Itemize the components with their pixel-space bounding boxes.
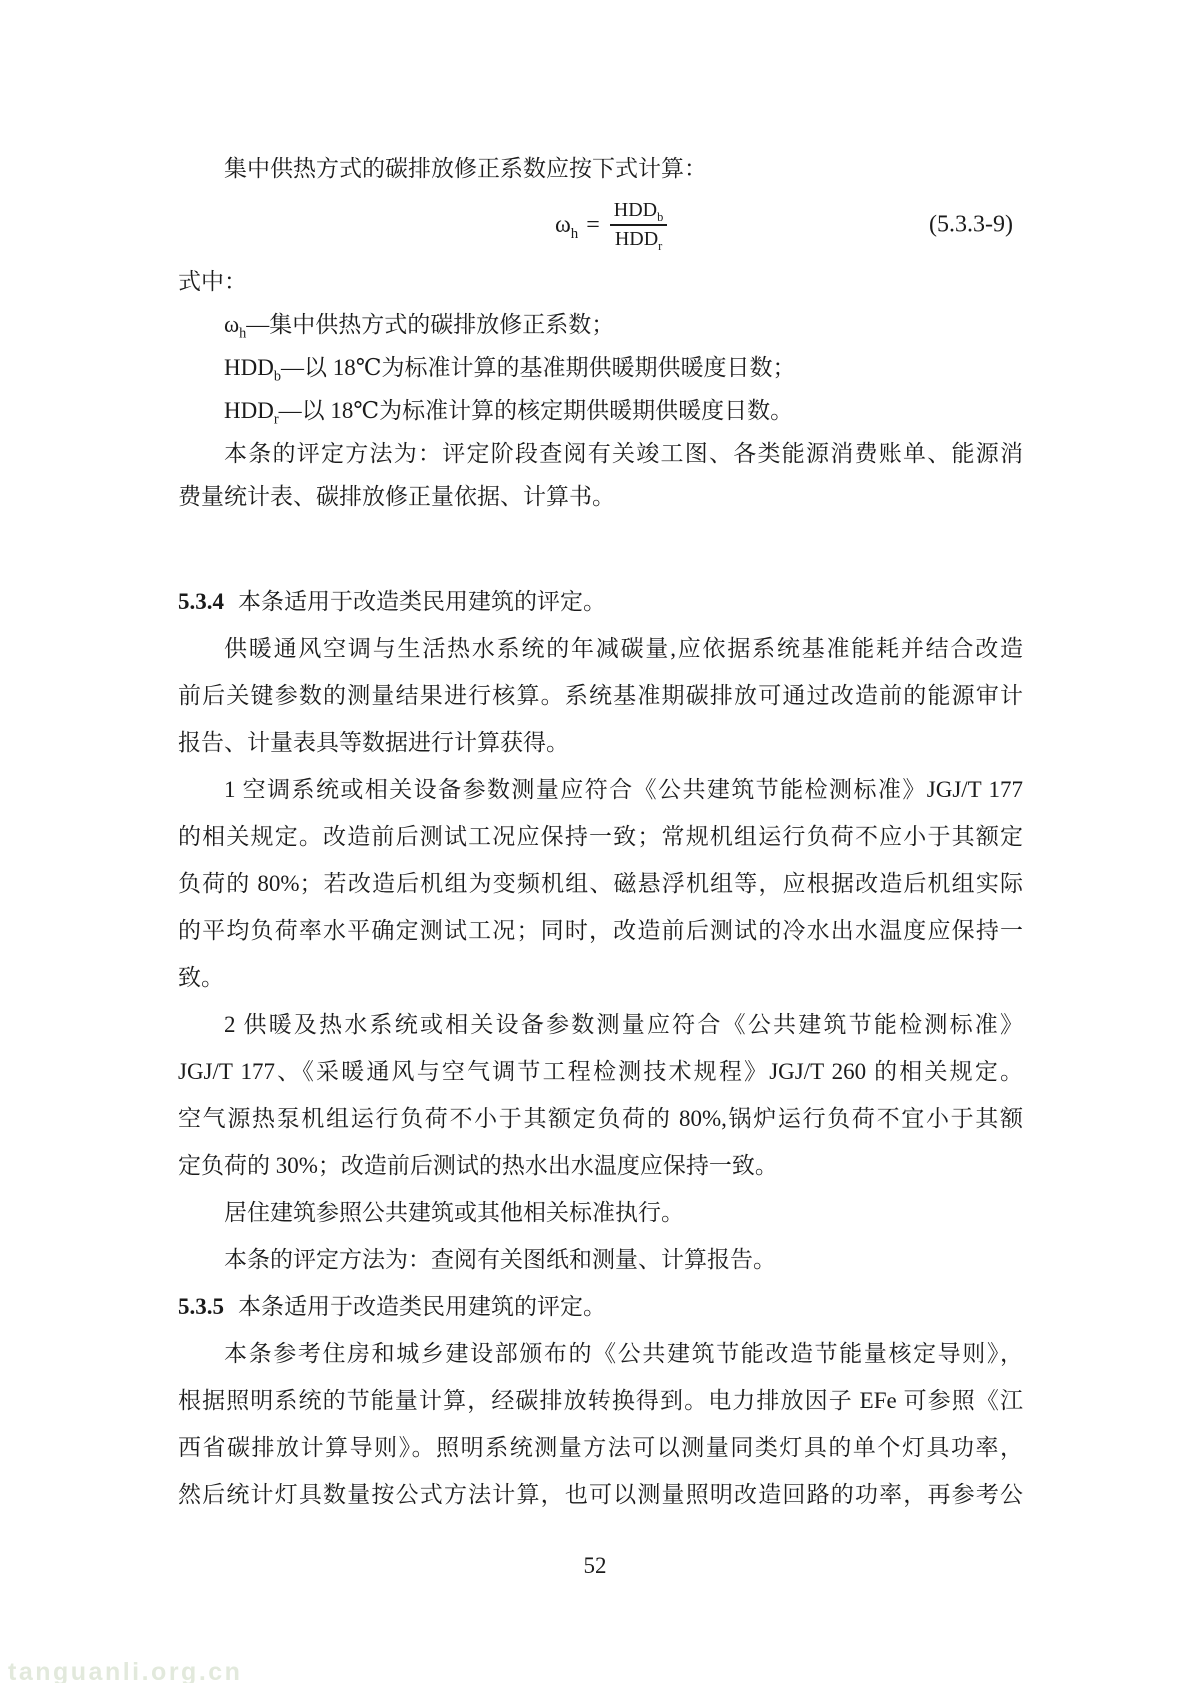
line-text: 2 供暖及热水系统或相关设备参数测量应符合《公共建筑节能检测标准》: [224, 1012, 1023, 1037]
item-1-line: 1 空调系统或相关设备参数测量应符合《公共建筑节能检测标准》JGJ/T 177: [178, 766, 1023, 813]
line-text: HDD: [224, 355, 274, 380]
section-number: 5.3.5: [178, 1294, 224, 1319]
line-text: 的相关规定。改造前后测试工况应保持一致；常规机组运行负荷不应小于其额定: [178, 824, 1023, 849]
line-text: 定负荷的 30%；改造前后测试的热水出水温度应保持一致。: [178, 1153, 778, 1178]
document-page: 集中供热方式的碳排放修正系数应按下式计算： ωh = HDDb HDDr (5.…: [0, 0, 1190, 1683]
equals-sign: =: [586, 212, 600, 239]
clause-5-3-4-line: 供暖通风空调与生活热水系统的年减碳量,应依据系统基准能耗并结合改造: [178, 625, 1023, 672]
evaluation-method-line: 本条的评定方法为：评定阶段查阅有关竣工图、各类能源消费账单、能源消: [178, 432, 1023, 475]
line-text: 负荷的 80%；若改造后机组为变频机组、磁悬浮机组等，应根据改造后机组实际: [178, 871, 1023, 896]
evaluation-method-line: 费量统计表、碳排放修正量依据、计算书。: [178, 475, 1023, 518]
clause-5-3-5-line: 然后统计灯具数量按公式方法计算，也可以测量照明改造回路的功率，再参考公: [178, 1471, 1023, 1518]
item-2-line: 2 供暖及热水系统或相关设备参数测量应符合《公共建筑节能检测标准》: [178, 1001, 1023, 1048]
line-text: ω: [224, 312, 239, 337]
line-text: —以 18℃为标准计算的核定期供暖期供暖度日数。: [279, 398, 793, 423]
clause-5-3-5-line: 本条参考住房和城乡建设部颁布的《公共建筑节能改造节能量核定导则》，: [178, 1330, 1023, 1377]
section-heading-text: 本条适用于改造类民用建筑的评定。: [238, 1294, 606, 1319]
fraction-numerator: HDDb: [610, 198, 668, 226]
item-2-line: 空气源热泵机组运行负荷不小于其额定负荷的 80%,锅炉运行负荷不宜小于其额: [178, 1095, 1023, 1142]
sections-block: 5.3.4本条适用于改造类民用建筑的评定。供暖通风空调与生活热水系统的年减碳量,…: [178, 578, 1023, 1518]
line-text: 居住建筑参照公共建筑或其他相关标准执行。: [224, 1200, 684, 1225]
section-heading-text: 本条适用于改造类民用建筑的评定。: [238, 589, 606, 614]
line-text: 本条参考住房和城乡建设部颁布的《公共建筑节能改造节能量核定导则》，: [224, 1341, 1023, 1366]
item-1-line: 的平均负荷率水平确定测试工况；同时，改造前后测试的冷水出水温度应保持一: [178, 907, 1023, 954]
line-text: HDD: [224, 398, 274, 423]
item-2-line: JGJ/T 177、《采暖通风与空气调节工程检测技术规程》JGJ/T 260 的…: [178, 1048, 1023, 1095]
formula-row: ωh = HDDb HDDr (5.3.3-9): [178, 190, 1023, 260]
fraction-denominator: HDDr: [610, 226, 668, 252]
section-5-3-4-heading: 5.3.4本条适用于改造类民用建筑的评定。: [178, 578, 1023, 625]
page-number: 52: [0, 1553, 1190, 1579]
section-number: 5.3.4: [178, 589, 224, 614]
line-text: 供暖通风空调与生活热水系统的年减碳量,应依据系统基准能耗并结合改造: [224, 636, 1023, 661]
evaluation-method-line: 本条的评定方法为：查阅有关图纸和测量、计算报告。: [178, 1236, 1023, 1283]
line-text: JGJ/T 177、《采暖通风与空气调节工程检测技术规程》JGJ/T 260 的…: [178, 1059, 1023, 1084]
line-text: —以 18℃为标准计算的基准期供暖期供暖度日数；: [281, 355, 795, 380]
item-1-line: 的相关规定。改造前后测试工况应保持一致；常规机组运行负荷不应小于其额定: [178, 813, 1023, 860]
line-text: 西省碳排放计算导则》。照明系统测量方法可以测量同类灯具的单个灯具功率，: [178, 1435, 1023, 1460]
definition-hdd-b: HDDb—以 18℃为标准计算的基准期供暖期供暖度日数；: [178, 346, 1023, 389]
fraction: HDDb HDDr: [610, 198, 668, 252]
line-text: 式中：: [178, 269, 247, 294]
page-content: 集中供热方式的碳排放修正系数应按下式计算： ωh = HDDb HDDr (5.…: [178, 147, 1023, 1518]
line-text: 费量统计表、碳排放修正量依据、计算书。: [178, 484, 615, 509]
clause-5-3-4-line: 前后关键参数的测量结果进行核算。系统基准期碳排放可通过改造前的能源审计: [178, 672, 1023, 719]
item-2-line: 定负荷的 30%；改造前后测试的热水出水温度应保持一致。: [178, 1142, 1023, 1189]
numerator-text: HDD: [614, 199, 657, 221]
clause-5-3-5-line: 西省碳排放计算导则》。照明系统测量方法可以测量同类灯具的单个灯具功率，: [178, 1424, 1023, 1471]
line-text: 报告、计量表具等数据进行计算获得。: [178, 730, 569, 755]
line-text: 1 空调系统或相关设备参数测量应符合《公共建筑节能检测标准》JGJ/T 177: [224, 777, 1023, 802]
clause-5-3-4-line: 报告、计量表具等数据进行计算获得。: [178, 719, 1023, 766]
line-text: 本条的评定方法为：查阅有关图纸和测量、计算报告。: [224, 1247, 776, 1272]
line-text: 根据照明系统的节能量计算，经碳排放转换得到。电力排放因子 EFe 可参照《江: [178, 1388, 1023, 1413]
denominator-subscript: r: [658, 239, 662, 253]
line-text: 然后统计灯具数量按公式方法计算，也可以测量照明改造回路的功率，再参考公: [178, 1482, 1023, 1507]
formula-omega-h: ωh = HDDb HDDr: [555, 198, 667, 252]
line-text: 空气源热泵机组运行负荷不小于其额定负荷的 80%,锅炉运行负荷不宜小于其额: [178, 1106, 1023, 1131]
formula-definitions-block: 式中：ωh—集中供热方式的碳排放修正系数；HDDb—以 18℃为标准计算的基准期…: [178, 260, 1023, 518]
line-text: —集中供热方式的碳排放修正系数；: [246, 312, 614, 337]
watermark: tanguanli.org.cn: [8, 1658, 242, 1683]
line-text: 的平均负荷率水平确定测试工况；同时，改造前后测试的冷水出水温度应保持一: [178, 918, 1023, 943]
equation-number: (5.3.3-9): [929, 212, 1013, 239]
line-text: 前后关键参数的测量结果进行核算。系统基准期碳排放可通过改造前的能源审计: [178, 683, 1023, 708]
formula-symbol: ω: [555, 212, 571, 238]
formula-symbol-subscript: h: [571, 225, 578, 241]
line-text: 本条的评定方法为：评定阶段查阅有关竣工图、各类能源消费账单、能源消: [224, 441, 1023, 466]
definition-hdd-r: HDDr—以 18℃为标准计算的核定期供暖期供暖度日数。: [178, 389, 1023, 432]
intro-line: 集中供热方式的碳排放修正系数应按下式计算：: [178, 147, 1023, 190]
item-1-line: 负荷的 80%；若改造后机组为变频机组、磁悬浮机组等，应根据改造后机组实际: [178, 860, 1023, 907]
where-label: 式中：: [178, 260, 1023, 303]
residential-note-line: 居住建筑参照公共建筑或其他相关标准执行。: [178, 1189, 1023, 1236]
section-5-3-5-heading: 5.3.5本条适用于改造类民用建筑的评定。: [178, 1283, 1023, 1330]
formula-lhs: ωh: [555, 212, 578, 239]
definition-omega-h: ωh—集中供热方式的碳排放修正系数；: [178, 303, 1023, 346]
line-text: 致。: [178, 965, 224, 990]
denominator-text: HDD: [615, 228, 658, 250]
subscript: b: [274, 369, 281, 385]
item-1-line: 致。: [178, 954, 1023, 1001]
numerator-subscript: b: [657, 210, 663, 224]
clause-5-3-5-line: 根据照明系统的节能量计算，经碳排放转换得到。电力排放因子 EFe 可参照《江: [178, 1377, 1023, 1424]
